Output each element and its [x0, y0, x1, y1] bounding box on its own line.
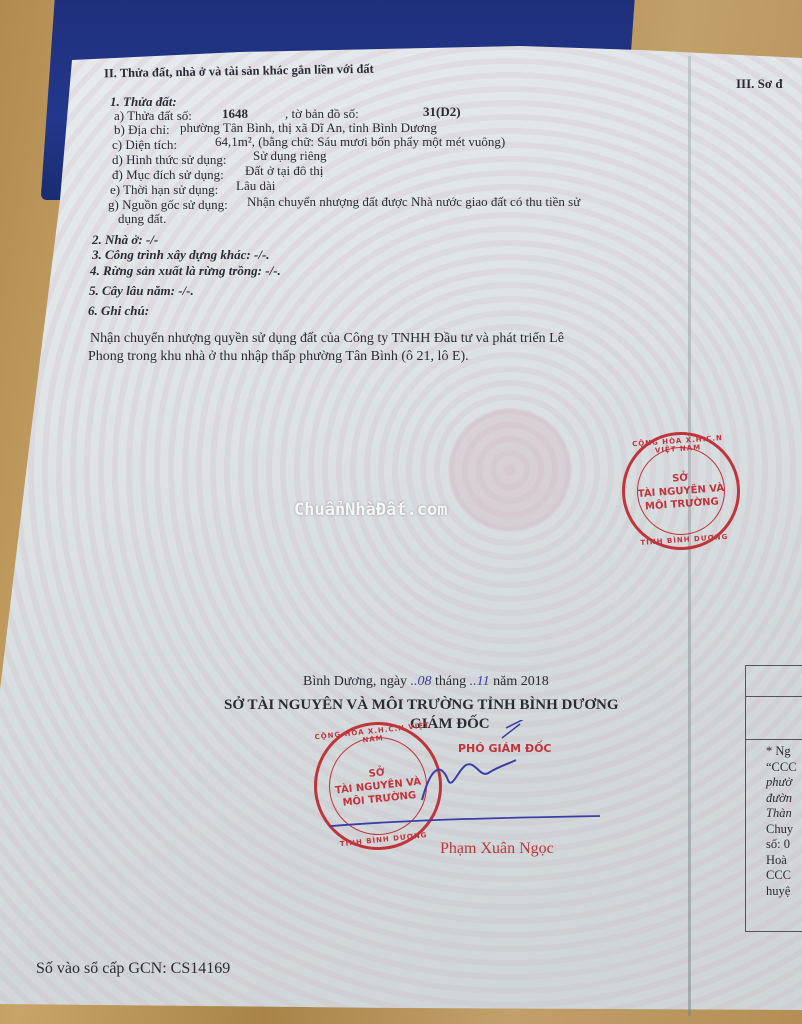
stamp-line-1: SỞ [672, 471, 689, 485]
other-construction-label: 3. Công trình xây dựng khác: -/-. [92, 247, 270, 262]
section-iii-text: * Ng “CCC phườ đườn Thàn Chuy số: 0 Hoà … [746, 740, 802, 899]
section-iii-title: III. Sơ đ [736, 76, 783, 91]
parcel-number-value: 1648 [222, 106, 248, 121]
section-iii-table: * Ng “CCC phườ đườn Thàn Chuy số: 0 Hoà … [745, 665, 802, 932]
registry-label: Số vào sổ cấp GCN: [36, 960, 167, 977]
perennial-trees-label: 5. Cây lâu năm: -/-. [89, 283, 194, 298]
date-place: Bình Dương, ngày [303, 674, 407, 689]
origin-label: g) Nguồn gốc sử dụng: [108, 197, 228, 212]
origin-value: Nhận chuyển nhượng đất được Nhà nước gia… [247, 194, 580, 209]
date-month-label: tháng [435, 674, 466, 689]
issuing-authority: SỞ TÀI NGUYÊN VÀ MÔI TRƯỜNG TỈNH BÌNH DƯ… [224, 698, 619, 713]
address-label: b) Địa chỉ: [114, 122, 170, 137]
watermark: ChuẩnNhàĐất.com [294, 500, 448, 520]
house-label: 2. Nhà ở: -/- [92, 232, 158, 247]
production-forest-label: 4. Rừng sản xuất là rừng trồng: -/-. [90, 263, 281, 278]
note-line-1: Nhận chuyển nhượng quyền sử dụng đất của… [90, 331, 564, 346]
usage-term-label: e) Thời hạn sử dụng: [110, 182, 218, 197]
area-label: c) Diện tích: [112, 137, 177, 152]
stamp-line-2: TÀI NGUYÊN VÀ [637, 482, 724, 501]
map-sheet-value: 31(D2) [423, 104, 461, 119]
usage-purpose-value: Đất ở tại đô thị [245, 163, 323, 178]
date-year: năm 2018 [493, 674, 549, 689]
handwritten-signature [330, 720, 610, 840]
note-heading: 6. Ghi chú: [88, 303, 149, 318]
origin-value-cont: dụng đất. [118, 211, 166, 226]
date-day: 08 [418, 674, 432, 689]
map-sheet-label: , tờ bản đồ số: [285, 106, 359, 121]
land-heading: 1. Thửa đất: [110, 94, 177, 109]
usage-purpose-label: đ) Mục đích sử dụng: [112, 167, 224, 182]
usage-form-label: d) Hình thức sử dụng: [112, 152, 226, 167]
issue-date: Bình Dương, ngày ..08 tháng ..11 năm 201… [303, 674, 549, 689]
area-value: 64,1m², (bằng chữ: Sáu mươi bốn phẩy một… [215, 134, 505, 149]
date-month: 11 [477, 674, 490, 689]
usage-term-value: Lâu dài [236, 178, 275, 193]
stamp-line-3: MÔI TRƯỜNG [645, 495, 720, 513]
registry-value: CS14169 [171, 960, 231, 977]
note-line-2: Phong trong khu nhà ở thu nhập thấp phườ… [88, 349, 469, 364]
address-value: phường Tân Bình, thị xã Dĩ An, tỉnh Bình… [180, 120, 437, 135]
usage-form-value: Sử dụng riêng [253, 148, 327, 163]
signer-name: Phạm Xuân Ngọc [440, 840, 554, 858]
registry-number: Số vào sổ cấp GCN: CS14169 [36, 961, 230, 976]
